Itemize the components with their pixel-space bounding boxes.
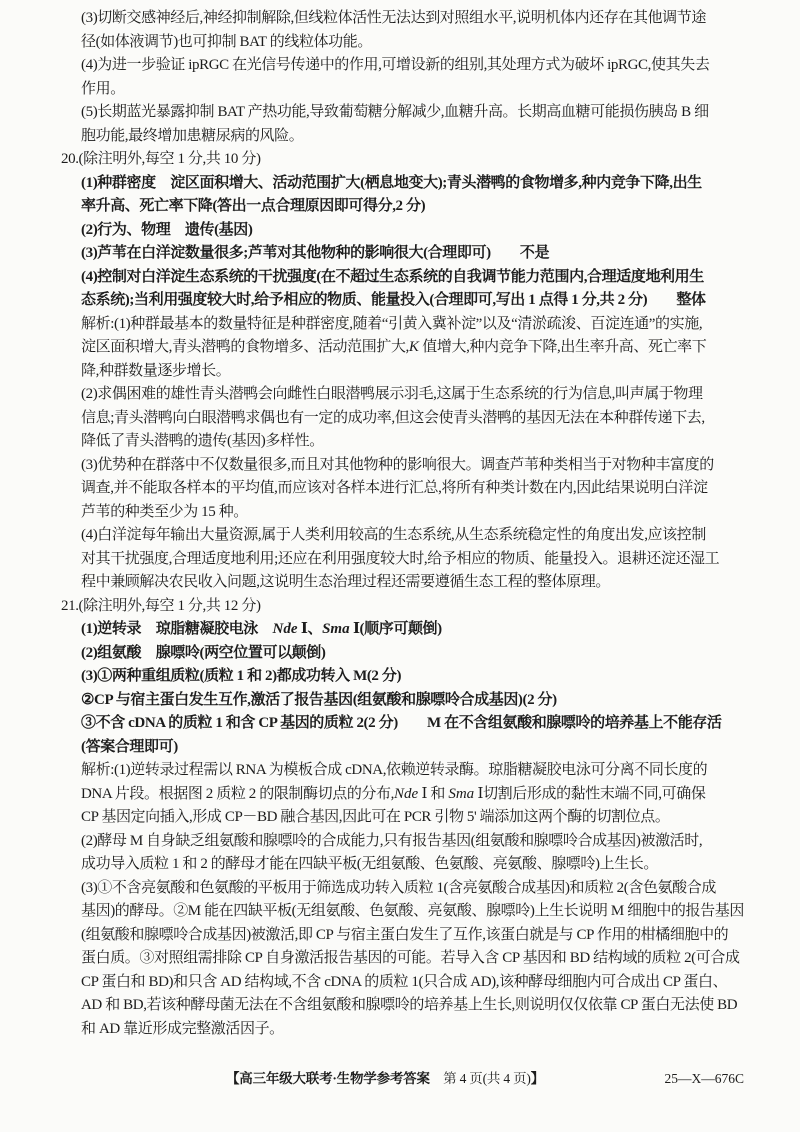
text-line: 芦苇的种类至少为 15 种。 [0,501,800,525]
text-segment: (4)控制对白洋淀生态系统的干扰强度(在不超过生态系统的自我调节能力范围内,合理… [81,269,704,285]
text-line: (3)芦苇在白洋淀数量很多;芦苇对其他物种的影响很大(合理即可) 不是 [0,242,800,266]
text-line: ③不含 cDNA 的质粒 1 和含 CP 基因的质粒 2(2 分) M 在不含组… [0,712,800,736]
text-segment: 芦苇的种类至少为 15 种。 [81,504,248,520]
text-segment: 率升高、死亡率下降(答出一点合理原因即可得分,2 分) [81,198,425,214]
text-segment: (2)求偶困难的雄性青头潜鸭会向雌性白眼潜鸭展示羽毛,这属于生态系统的行为信息,… [81,386,703,402]
text-segment: 信息;青头潜鸭向白眼潜鸭求偶也有一定的成功率,但这会使青头潜鸭的基因无法在本种群… [81,410,705,426]
footer-exam-title: 【高三年级大联考·生物学参考答案 [226,1071,430,1086]
text-segment: 态系统);当利用强度较大时,给予相应的物质、能量投入(合理即可,写出 1 点得 … [81,292,706,308]
document-code: 25—X—676C [664,1068,744,1090]
text-segment: 程中兼顾解决农民收入问题,这说明生态治理过程还需要遵循生态工程的整体原理。 [81,574,610,590]
text-line: 程中兼顾解决农民收入问题,这说明生态治理过程还需要遵循生态工程的整体原理。 [0,571,800,595]
text-segment: 20.(除注明外,每空 1 分,共 10 分) [61,151,261,167]
text-line: ②CP 与宿主蛋白发生互作,激活了报告基因(组氨酸和腺嘌呤合成基因)(2 分) [0,689,800,713]
text-line: (3)切断交感神经后,神经抑制解除,但线粒体活性无法达到对照组水平,说明机体内还… [0,7,800,31]
text-segment: (5)长期蓝光暴露抑制 BAT 产热功能,导致葡萄糖分解减少,血糖升高。长期高血… [81,104,709,120]
text-segment: 解析:(1)逆转录过程需以 RNA 为模板合成 cDNA,依赖逆转录酶。琼脂糖凝… [81,762,707,778]
text-line: (1)逆转录 琼脂糖凝胶电泳 Nde Ⅰ、Sma Ⅰ(顺序可颠倒) [0,618,800,642]
text-segment: 解析:(1)种群最基本的数量特征是种群密度,随着“引黄入冀补淀”以及“清淤疏浚、… [81,316,702,332]
page-footer: 【高三年级大联考·生物学参考答案 第 4 页(共 4 页)】 25—X—676C [0,1068,800,1090]
footer-page-number: 第 4 页(共 4 页) [430,1071,531,1086]
text-line: 态系统);当利用强度较大时,给予相应的物质、能量投入(合理即可,写出 1 点得 … [0,289,800,313]
text-segment: 胞功能,最终增加患糖尿病的风险。 [81,128,303,144]
italic-term: Nde [273,621,298,637]
question-number-line: 20.(除注明外,每空 1 分,共 10 分) [0,148,800,172]
text-line: (4)为进一步验证 ipRGC 在光信号传递中的作用,可增设新的组别,其处理方式… [0,54,800,78]
text-segment: Ⅰ切割后形成的黏性末端不同,可确保 [474,786,705,802]
text-line: (3)①两种重组质粒(质粒 1 和 2)都成功转入 M(2 分) [0,665,800,689]
text-line: 解析:(1)逆转录过程需以 RNA 为模板合成 cDNA,依赖逆转录酶。琼脂糖凝… [0,759,800,783]
question-number-line: 21.(除注明外,每空 1 分,共 12 分) [0,595,800,619]
text-line: (2)组氨酸 腺嘌呤(两空位置可以颠倒) [0,642,800,666]
text-line: 对其干扰强度,合理适度地利用;还应在利用强度较大时,给予相应的物质、能量投入。退… [0,548,800,572]
text-segment: 径(如体液调节)也可抑制 BAT 的线粒体功能。 [81,34,372,50]
text-line: 作用。 [0,78,800,102]
text-segment: CP 蛋白和 BD)和只含 AD 结构域,不含 cDNA 的质粒 1(只合成 A… [81,974,727,990]
text-segment: (组氨酸和腺嘌呤合成基因)被激活,即 CP 与宿主蛋白发生了互作,该蛋白就是与 … [81,927,728,943]
text-segment: (1)种群密度 淀区面积增大、活动范围扩大(栖息地变大);青头潜鸭的食物增多,种… [81,175,702,191]
text-segment: (2)组氨酸 腺嘌呤(两空位置可以颠倒) [81,645,325,661]
text-segment: ③不含 cDNA 的质粒 1 和含 CP 基因的质粒 2(2 分) M 在不含组… [81,715,722,731]
text-segment: 作用。 [81,81,125,97]
text-line: (4)白洋淀每年输出大量资源,属于人类利用较高的生态系统,从生态系统稳定性的角度… [0,524,800,548]
text-segment: Ⅰ 和 [418,786,448,802]
text-line: 调查,并不能取各样本的平均值,而应该对各样本进行汇总,将所有种类计数在内,因此结… [0,477,800,501]
text-line: DNA 片段。根据图 2 质粒 2 的限制酶切点的分布,Nde Ⅰ 和 Sma … [0,783,800,807]
text-segment: 降,种群数量逐步增长。 [81,363,230,379]
text-line: (3)①不含亮氨酸和色氨酸的平板用于筛选成功转入质粒 1(含亮氨酸合成基因)和质… [0,877,800,901]
text-line: 径(如体液调节)也可抑制 BAT 的线粒体功能。 [0,31,800,55]
text-line: 解析:(1)种群最基本的数量特征是种群密度,随着“引黄入冀补淀”以及“清淤疏浚、… [0,313,800,337]
text-segment: (3)切断交感神经后,神经抑制解除,但线粒体活性无法达到对照组水平,说明机体内还… [81,10,706,26]
text-segment: (1)逆转录 琼脂糖凝胶电泳 [81,621,273,637]
text-line: (3)优势种在群落中不仅数量很多,而且对其他物种的影响很大。调查芦苇种类相当于对… [0,454,800,478]
text-line: 和 AD 靠近形成完整激活因子。 [0,1018,800,1042]
answer-key-page: (3)切断交感神经后,神经抑制解除,但线粒体活性无法达到对照组水平,说明机体内还… [0,0,800,1132]
text-line: 胞功能,最终增加患糖尿病的风险。 [0,125,800,149]
footer-close-bracket: 】 [531,1071,544,1086]
text-line: (1)种群密度 淀区面积增大、活动范围扩大(栖息地变大);青头潜鸭的食物增多,种… [0,172,800,196]
text-segment: (4)白洋淀每年输出大量资源,属于人类利用较高的生态系统,从生态系统稳定性的角度… [81,527,706,543]
text-line: CP 基因定向插入,形成 CP－BD 融合基因,因此可在 PCR 引物 5' 端… [0,806,800,830]
italic-term: K [409,339,419,355]
text-segment: 21.(除注明外,每空 1 分,共 12 分) [61,598,261,614]
text-line: 淀区面积增大,青头潜鸭的食物增多、活动范围扩大,K 值增大,种内竞争下降,出生率… [0,336,800,360]
text-line: 信息;青头潜鸭向白眼潜鸭求偶也有一定的成功率,但这会使青头潜鸭的基因无法在本种群… [0,407,800,431]
text-line: 蛋白质。③对照组需排除 CP 自身激活报告基因的可能。若导入含 CP 基因和 B… [0,947,800,971]
text-segment: (2)酵母 M 自身缺乏组氨酸和腺嘌呤的合成能力,只有报告基因(组氨酸和腺嘌呤合… [81,833,702,849]
text-segment: 值增大,种内竞争下降,出生率升高、死亡率下 [419,339,706,355]
italic-term: Nde [394,786,418,802]
text-segment: (3)①不含亮氨酸和色氨酸的平板用于筛选成功转入质粒 1(含亮氨酸合成基因)和质… [81,880,716,896]
text-segment: CP 基因定向插入,形成 CP－BD 融合基因,因此可在 PCR 引物 5' 端… [81,809,669,825]
text-segment: ②CP 与宿主蛋白发生互作,激活了报告基因(组氨酸和腺嘌呤合成基因)(2 分) [81,692,557,708]
text-line: (2)行为、物理 遗传(基因) [0,219,800,243]
text-segment: 调查,并不能取各样本的平均值,而应该对各样本进行汇总,将所有种类计数在内,因此结… [81,480,708,496]
text-line: CP 蛋白和 BD)和只含 AD 结构域,不含 cDNA 的质粒 1(只合成 A… [0,971,800,995]
text-segment: (3)优势种在群落中不仅数量很多,而且对其他物种的影响很大。调查芦苇种类相当于对… [81,457,714,473]
text-segment: 和 AD 靠近形成完整激活因子。 [81,1021,284,1037]
text-segment: 基因)的酵母。②M 能在四缺平板(无组氨酸、色氨酸、亮氨酸、腺嘌呤)上生长说明 … [81,903,744,919]
text-line: AD 和 BD,若该种酵母菌无法在不含组氨酸和腺嘌呤的培养基上生长,则说明仅仅依… [0,994,800,1018]
text-segment: 成功导入质粒 1 和 2 的酵母才能在四缺平板(无组氨酸、色氨酸、亮氨酸、腺嘌呤… [81,856,658,872]
text-segment: (3)①两种重组质粒(质粒 1 和 2)都成功转入 M(2 分) [81,668,401,684]
text-line: 降,种群数量逐步增长。 [0,360,800,384]
text-segment: AD 和 BD,若该种酵母菌无法在不含组氨酸和腺嘌呤的培养基上生长,则说明仅仅依… [81,997,737,1013]
text-line: 率升高、死亡率下降(答出一点合理原因即可得分,2 分) [0,195,800,219]
text-line: 成功导入质粒 1 和 2 的酵母才能在四缺平板(无组氨酸、色氨酸、亮氨酸、腺嘌呤… [0,853,800,877]
answer-key-text-block: (3)切断交感神经后,神经抑制解除,但线粒体活性无法达到对照组水平,说明机体内还… [0,0,800,1041]
text-line: (组氨酸和腺嘌呤合成基因)被激活,即 CP 与宿主蛋白发生了互作,该蛋白就是与 … [0,924,800,948]
text-line: (答案合理即可) [0,736,800,760]
text-line: 基因)的酵母。②M 能在四缺平板(无组氨酸、色氨酸、亮氨酸、腺嘌呤)上生长说明 … [0,900,800,924]
italic-term: Sma [448,786,474,802]
text-segment: DNA 片段。根据图 2 质粒 2 的限制酶切点的分布, [81,786,394,802]
text-segment: 降低了青头潜鸭的遗传(基因)多样性。 [81,433,324,449]
text-segment: (2)行为、物理 遗传(基因) [81,222,252,238]
text-line: 降低了青头潜鸭的遗传(基因)多样性。 [0,430,800,454]
text-segment: Ⅰ(顺序可颠倒) [350,621,442,637]
text-segment: (答案合理即可) [81,739,178,755]
text-line: (5)长期蓝光暴露抑制 BAT 产热功能,导致葡萄糖分解减少,血糖升高。长期高血… [0,101,800,125]
text-segment: 淀区面积增大,青头潜鸭的食物增多、活动范围扩大, [81,339,409,355]
italic-term: Sma [322,621,350,637]
text-segment: 蛋白质。③对照组需排除 CP 自身激活报告基因的可能。若导入含 CP 基因和 B… [81,950,740,966]
text-segment: 对其干扰强度,合理适度地利用;还应在利用强度较大时,给予相应的物质、能量投入。退… [81,551,719,567]
text-line: (4)控制对白洋淀生态系统的干扰强度(在不超过生态系统的自我调节能力范围内,合理… [0,266,800,290]
text-segment: (4)为进一步验证 ipRGC 在光信号传递中的作用,可增设新的组别,其处理方式… [81,57,709,73]
text-segment: (3)芦苇在白洋淀数量很多;芦苇对其他物种的影响很大(合理即可) 不是 [81,245,549,261]
text-line: (2)求偶困难的雄性青头潜鸭会向雌性白眼潜鸭展示羽毛,这属于生态系统的行为信息,… [0,383,800,407]
text-line: (2)酵母 M 自身缺乏组氨酸和腺嘌呤的合成能力,只有报告基因(组氨酸和腺嘌呤合… [0,830,800,854]
text-segment: Ⅰ、 [298,621,323,637]
